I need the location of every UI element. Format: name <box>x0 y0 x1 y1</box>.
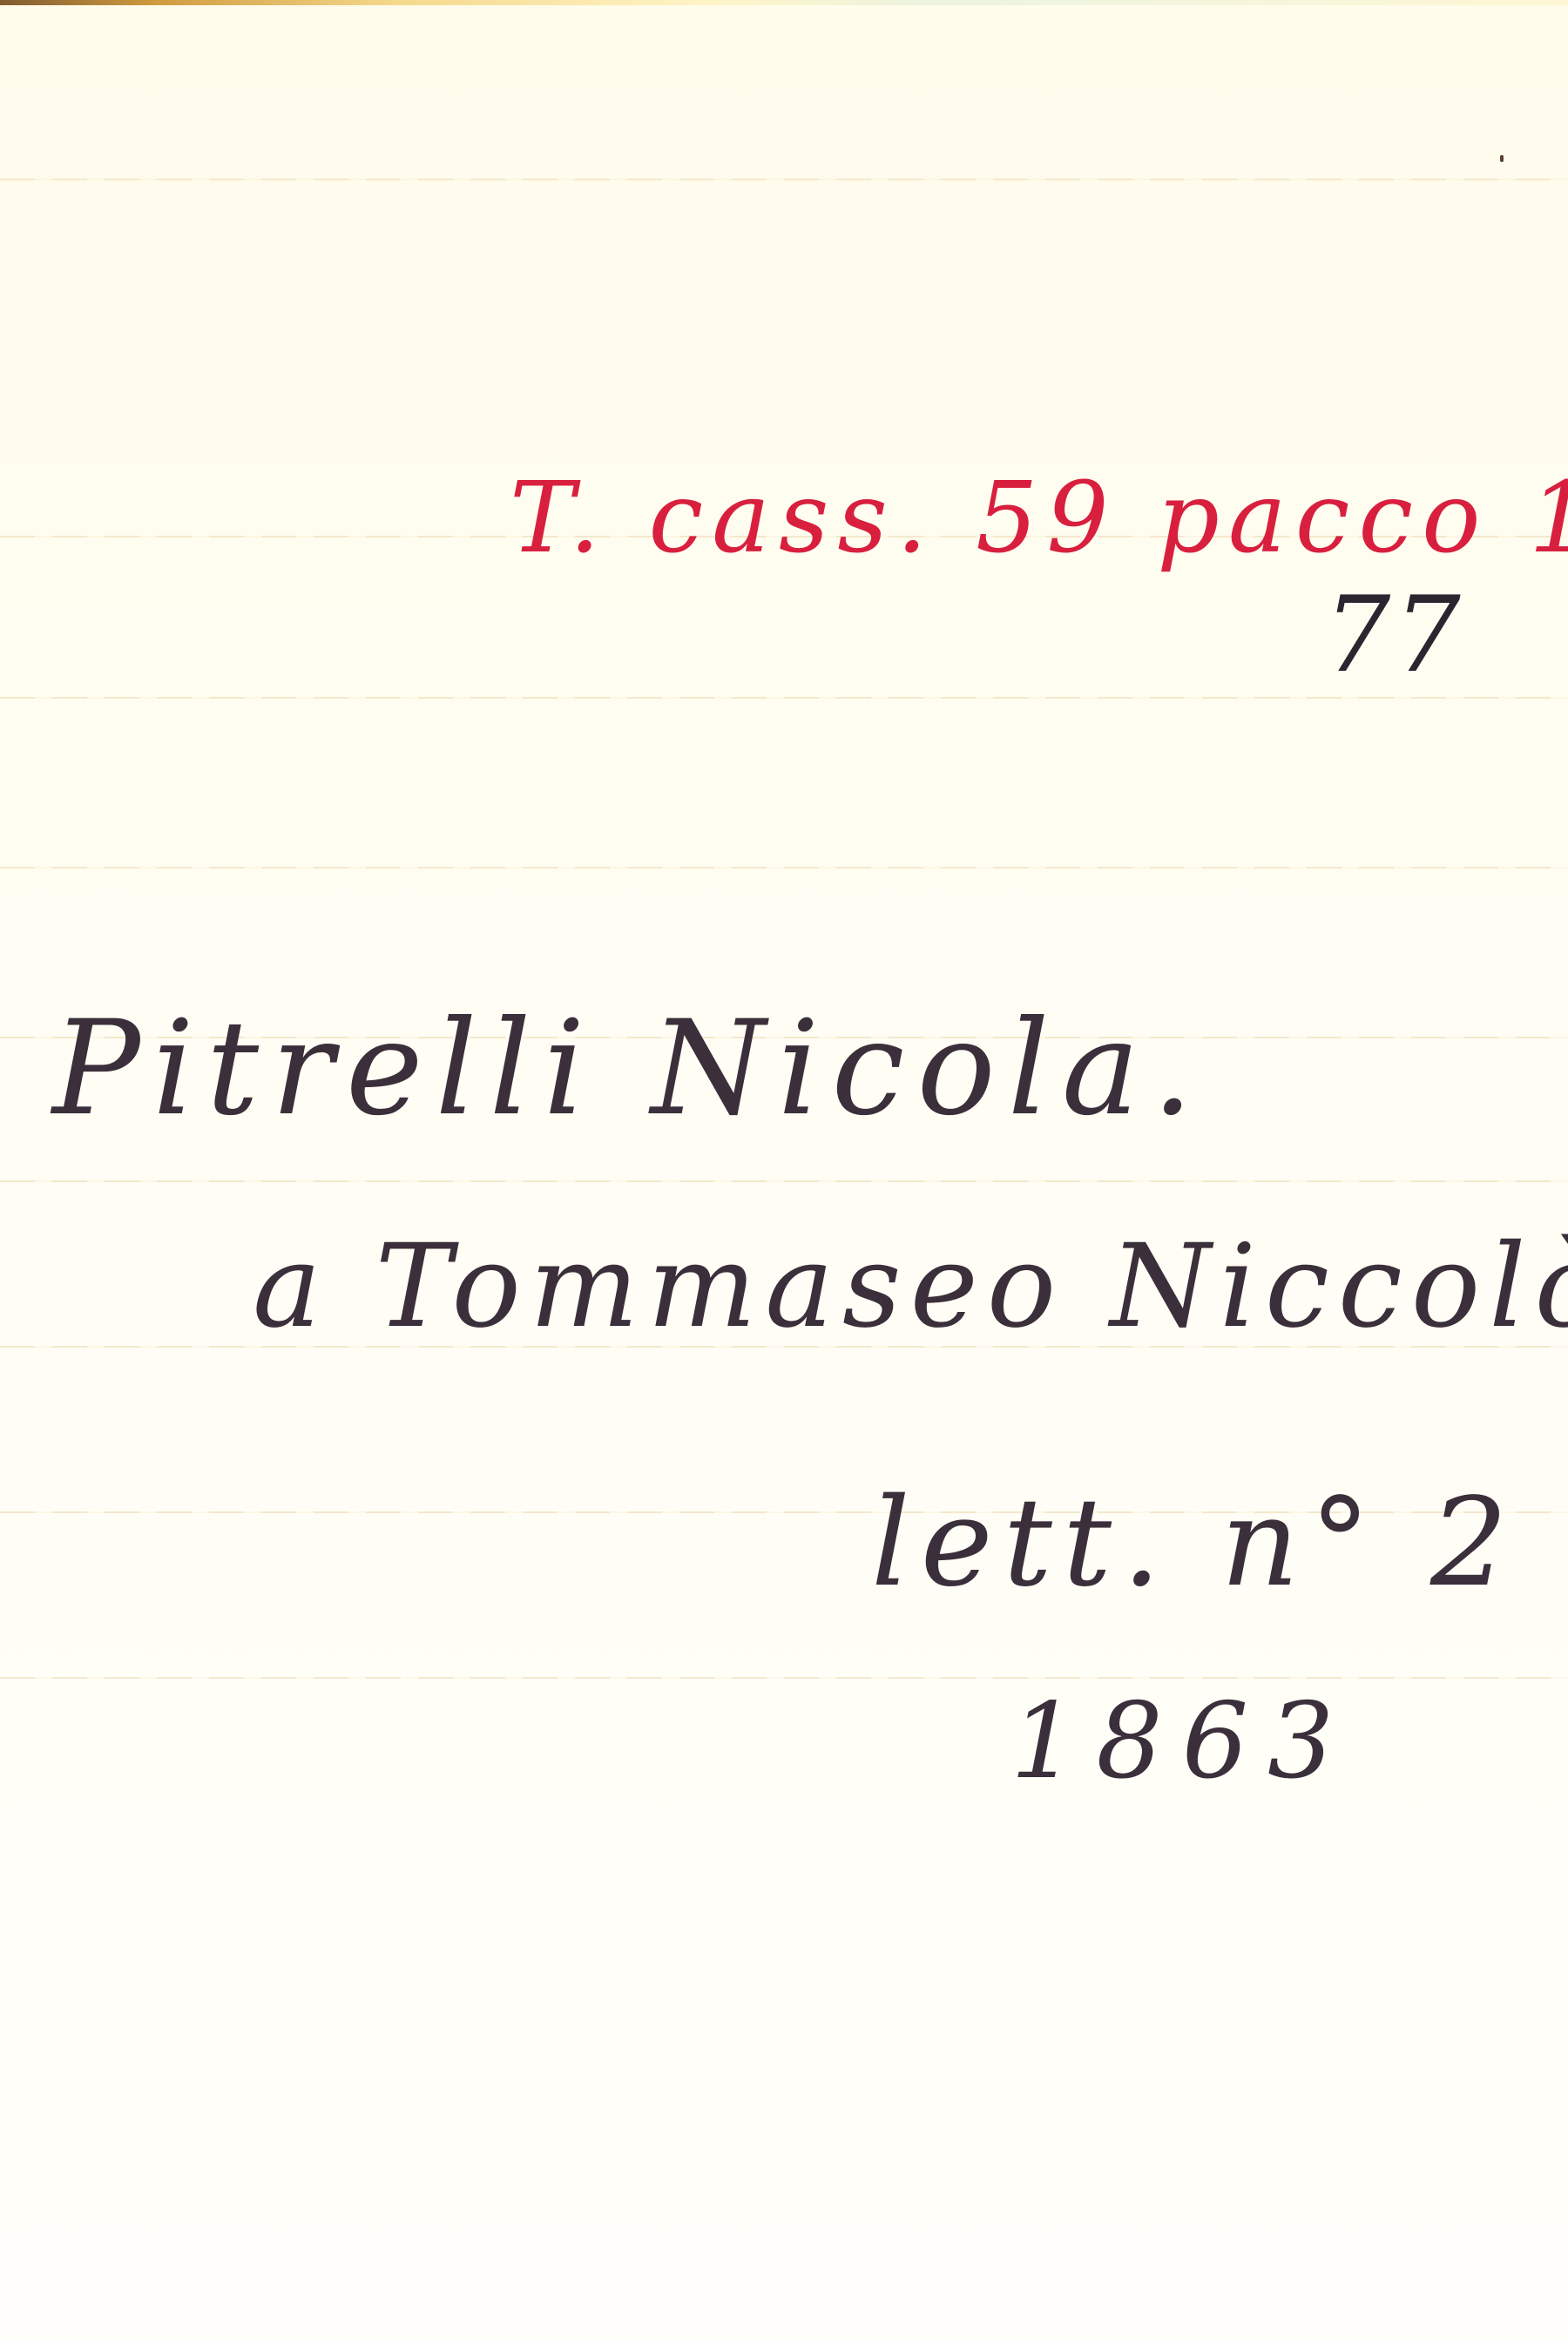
sender-name: Pitrelli Nicola. <box>52 993 1206 1145</box>
item-number: 77 <box>1324 575 1464 696</box>
archive-reference: T. cass. 59 pacco 113. <box>510 462 1568 575</box>
year: 1863 <box>1010 1681 1353 1802</box>
paper-speck <box>1500 155 1504 162</box>
ruled-line <box>0 697 1568 699</box>
archive-index-card: T. cass. 59 pacco 113. 77 Pitrelli Nicol… <box>0 0 1568 2339</box>
ruled-line <box>0 1180 1568 1182</box>
ruled-line <box>0 867 1568 869</box>
recipient-name: a Tommaseo Niccolò <box>253 1220 1568 1354</box>
letter-count: lett. n° 2 <box>871 1472 1518 1614</box>
card-top-edge <box>0 0 1568 5</box>
ruled-line <box>0 1677 1568 1679</box>
ruled-line <box>0 179 1568 180</box>
